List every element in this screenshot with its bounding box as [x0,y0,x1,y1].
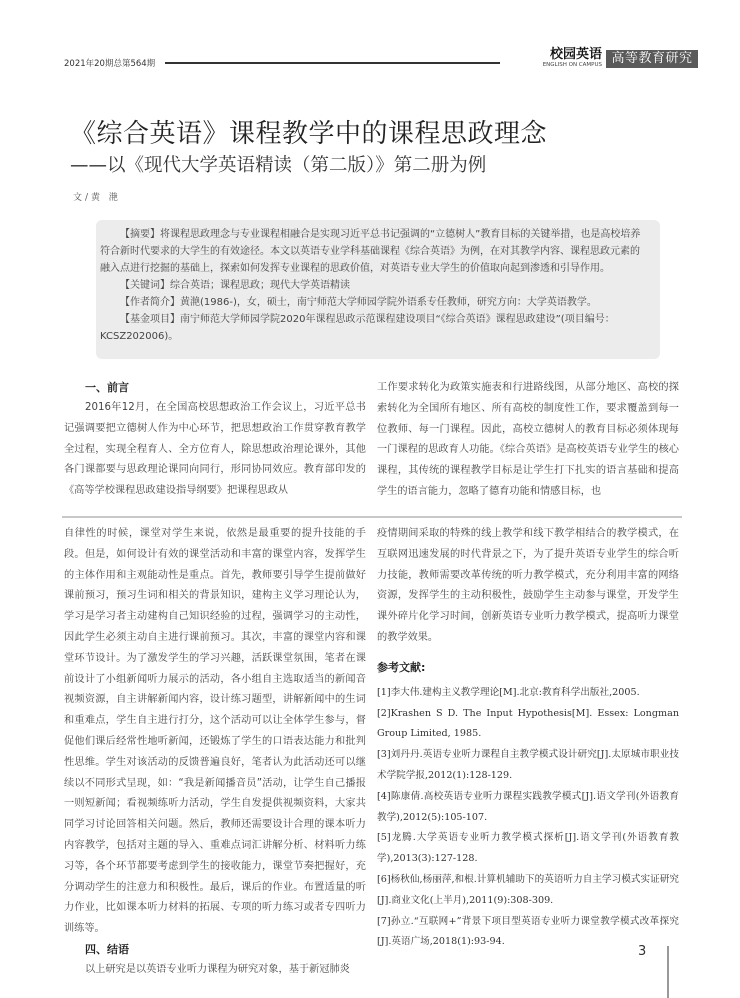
reference-item: [6]杨秋仙,杨丽萍,和根.计算机辅助下的英语听力自主学习模式实证研究[J].商… [377,870,679,912]
journal-name-cn: 校园英语 [512,48,602,62]
section-heading-conclusion: 四、结语 [64,940,366,960]
bottom-left-column: 自律性的时候，课堂对学生来说，依然是最重要的提升技能的手段。但是，如何设计有效的… [64,524,366,981]
conclusion-paragraph: 以上研究是以英语专业听力课程为研究对象，基于新冠肺炎 [64,960,366,981]
reference-item: [7]孙立.“互联网+”背景下项目型英语专业听力课堂教学模式改革探究[J].英语… [377,912,679,954]
journal-name-en: ENGLISH ON CAMPUS [512,62,602,69]
page-number: 3 [638,944,646,959]
header-rule [165,62,500,64]
reference-item: [5]龙腾.大学英语专业听力教学模式探析[J].语文学刊(外语教育教学),201… [377,828,679,870]
reference-item: [1]李大伟.建构主义教学理论[M].北京:教育科学出版社,2005. [377,683,679,704]
article-subtitle: ——以《现代大学英语精读（第二版）》第二册为例 [70,151,486,177]
journal-brand: 校园英语 ENGLISH ON CAMPUS [512,48,602,69]
page-divider [62,516,682,518]
body-paragraph: 自律性的时候，课堂对学生来说，依然是最重要的提升技能的手段。但是，如何设计有效的… [64,524,366,940]
author-byline: 文/黄 滟 [73,190,121,203]
abstract-box: 【摘要】将课程思政理念与专业课程相融合是实现习近平总书记强调的“立德树人”教育目… [96,220,660,359]
abstract-keywords: 【关键词】综合英语；课程思政；现代大学英语精读 [100,277,648,294]
article-title: 《综合英语》课程教学中的课程思政理念 [70,113,547,150]
references-list: [1]李大伟.建构主义教学理论[M].北京:教育科学出版社,2005. [2]K… [377,683,679,953]
reference-item: [3]刘丹丹.英语专业听力课程自主教学模式设计研究[J].太原城市职业技术学院学… [377,745,679,787]
references-heading: 参考文献: [377,659,679,677]
issue-number: 2021年20期总第564期 [64,57,155,69]
top-left-column: 一、前言 2016年12月，在全国高校思想政治工作会议上，习近平总书记强调要把立… [64,378,366,502]
bottom-right-column: 疫情期间采取的特殊的线上教学和线下教学相结合的教学模式，在互联网迅速发展的时代背… [377,524,679,953]
conclusion-continued-paragraph: 疫情期间采取的特殊的线上教学和线下教学相结合的教学模式，在互联网迅速发展的时代背… [377,524,679,649]
abstract-author-bio: 【作者简介】黄滟(1986-)，女，硕士，南宁师范大学师园学院外语系专任教师，研… [100,294,648,311]
page-number-bar [667,946,669,998]
section-label: 高等教育研究 [606,50,698,68]
intro-paragraph: 2016年12月，在全国高校思想政治工作会议上，习近平总书记强调要把立德树人作为… [64,398,366,502]
abstract-summary: 【摘要】将课程思政理念与专业课程相融合是实现习近平总书记强调的“立德树人”教育目… [100,226,648,277]
intro-continued-paragraph: 工作要求转化为政策实施表和行进路线图，从部分地区、高校的探索转化为全国所有地区、… [377,378,679,503]
abstract-fund: 【基金项目】南宁师范大学师园学院2020年课程思政示范课程建设项目“《综合英语》… [100,311,648,345]
reference-item: [4]陈康倩.高校英语专业听力课程实践教学模式[J].语文学刊(外语教育教学),… [377,787,679,829]
reference-item: [2]Krashen S D. The Input Hypothesis[M].… [377,704,679,746]
top-right-column: 工作要求转化为政策实施表和行进路线图，从部分地区、高校的探索转化为全国所有地区、… [377,378,679,503]
section-heading-intro: 一、前言 [64,378,366,398]
